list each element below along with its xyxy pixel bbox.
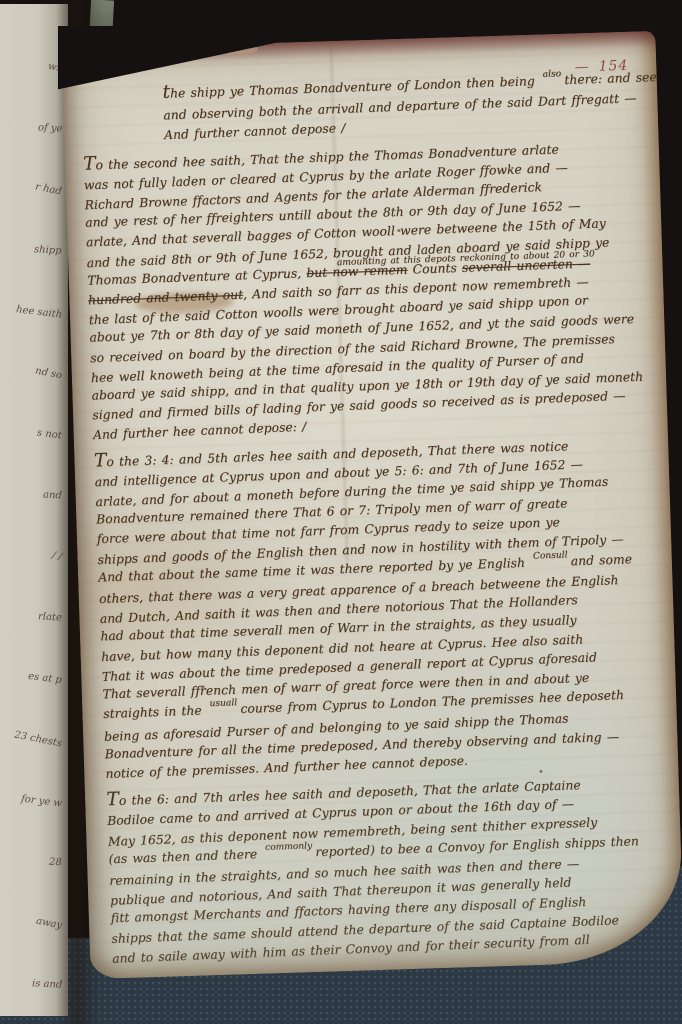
manuscript-photo: ws of ye r had shipp hee saith nd so s n… [0, 0, 682, 1024]
struck-text: hundred and twenty out [88, 288, 243, 308]
manuscript-page: —154 the shipp ye Thomas Bonadventure of… [62, 31, 682, 979]
ms-text: straights in the [103, 704, 207, 722]
ms-text: there: and seeing [564, 69, 677, 87]
interlinear-insertion: Consull [533, 546, 568, 566]
interlinear-insertion: usuall [209, 694, 237, 714]
interlinear-insertion: also [542, 65, 561, 85]
paragraph-articles-3-4-5: To the 3: 4: and 5th arles hee saith and… [94, 431, 670, 784]
paragraph-opening: the shipp ye Thomas Bonadventure of Lond… [162, 66, 646, 145]
ms-text: and some [571, 552, 633, 568]
paragraph-second-article: To the second hee saith, That the shipp … [83, 134, 657, 445]
cool-light-cast [84, 741, 682, 980]
